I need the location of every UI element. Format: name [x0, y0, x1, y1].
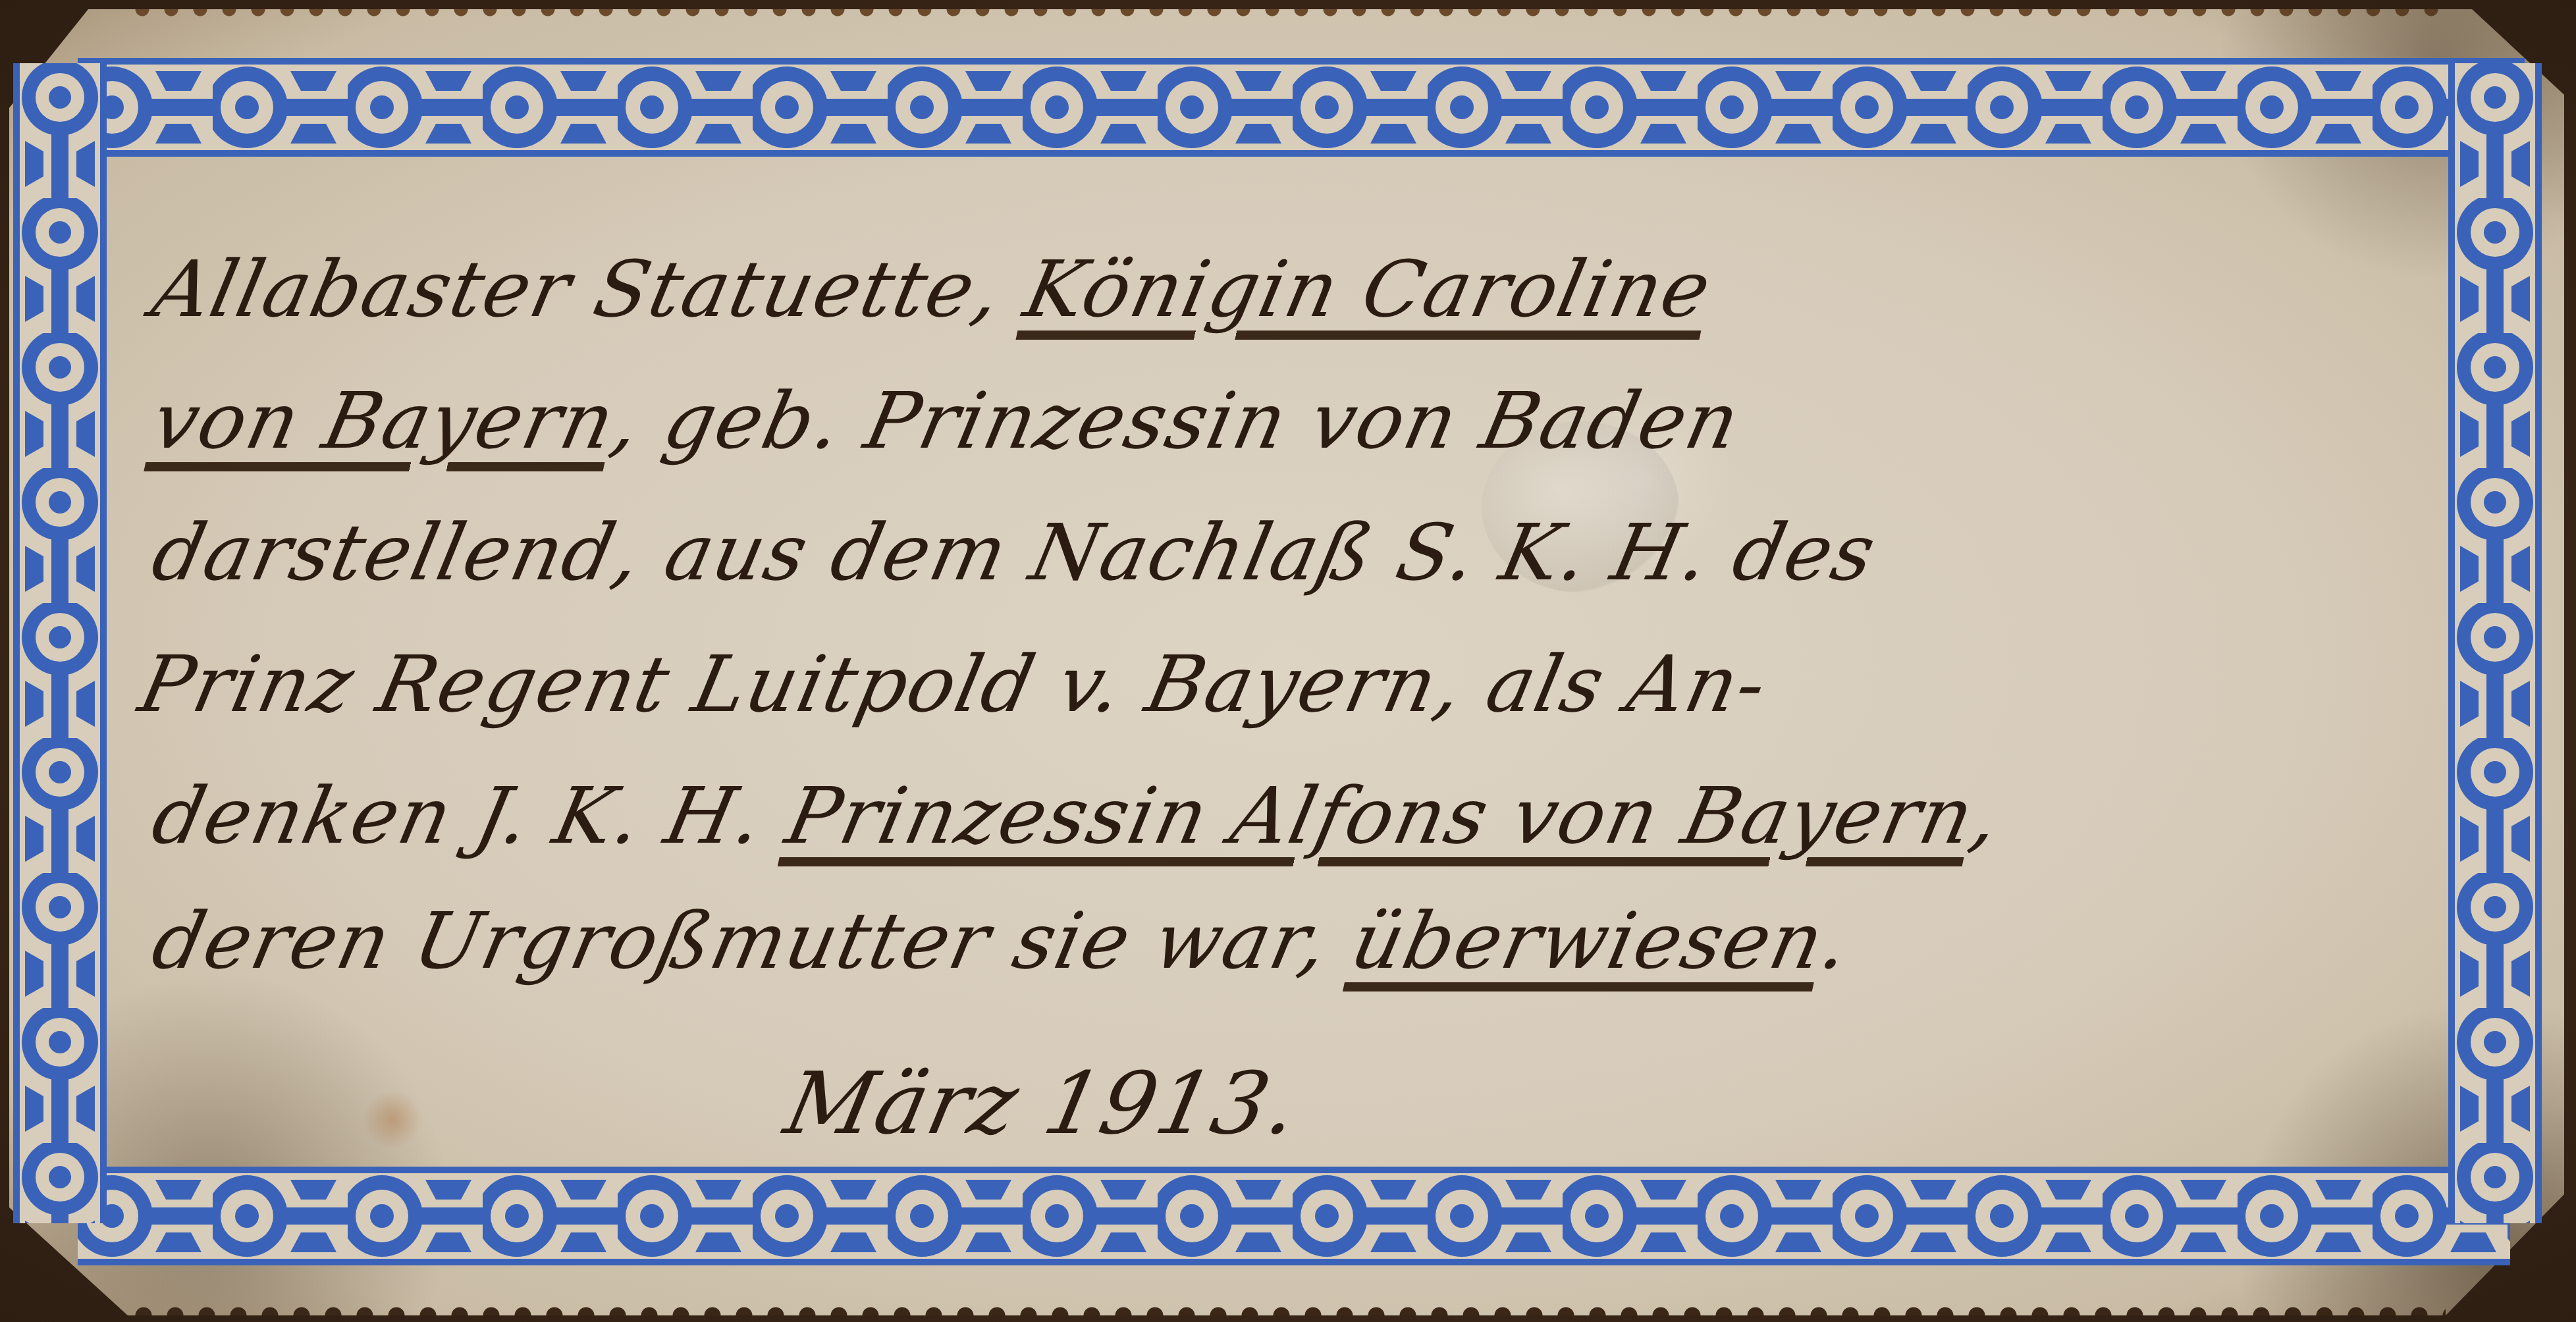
- border-top-ornament: [78, 58, 2525, 157]
- underlined-place: von Bayern: [145, 375, 624, 466]
- text-line-2: von Bayern, geb. Prinzessin von Baden: [145, 375, 1748, 466]
- perforated-bottom-edge: [128, 1300, 2446, 1315]
- text-line-3: darstellend, aus dem Nachlaß S. K. H. de…: [145, 507, 1884, 598]
- text-line-5: denken J. K. H. Prinzessin Alfons von Ba…: [145, 770, 2008, 861]
- text-line-1: Allabaster Statuette, Königin Caroline: [145, 244, 1719, 334]
- underlined-recipient: Prinzessin Alfons von Bayern: [778, 770, 1982, 861]
- underlined-name: Königin Caroline: [1017, 244, 1719, 334]
- text-line-4: Prinz Regent Luitpold v. Bayern, als An-: [132, 639, 1775, 729]
- date-line: März 1913.: [777, 1053, 1308, 1153]
- perforated-top-edge: [128, 9, 2446, 25]
- text-line-6: deren Urgroßmutter sie war, überwiesen.: [145, 895, 1858, 986]
- underlined-verb: überwiesen: [1344, 895, 1833, 986]
- border-left-ornament: [13, 63, 107, 1223]
- border-bottom-ornament: [78, 1167, 2510, 1265]
- border-right-ornament: [2448, 63, 2542, 1223]
- handwritten-text-block: Allabaster Statuette, Königin Caroline v…: [132, 178, 2450, 1165]
